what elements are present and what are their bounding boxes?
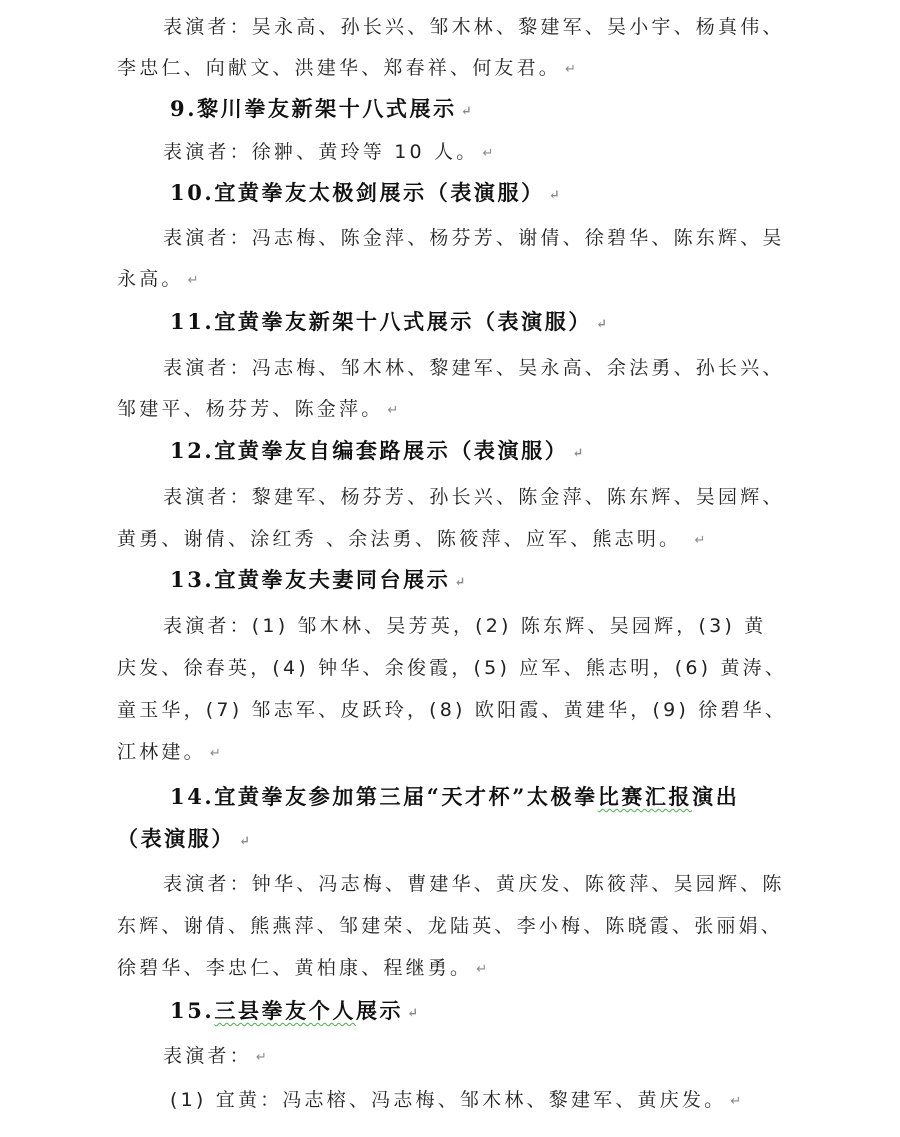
performers-line: 表演者：冯志梅、邹木林、黎建军、吴永高、余法勇、孙长兴、 bbox=[163, 355, 785, 381]
performers-line: 邹建平、杨芬芳、陈金萍。↵ bbox=[117, 396, 398, 424]
performers-text: 表演者：(1) 邹木林、吴芳英，(2) 陈东辉、吴园辉，(3) 黄 bbox=[163, 615, 766, 637]
paragraph-mark-icon: ↵ bbox=[572, 446, 583, 461]
performers-text: 表演者：黎建军、杨芬芳、孙长兴、陈金萍、陈东辉、吴园辉、 bbox=[163, 486, 785, 508]
performers-line: 表演者：钟华、冯志梅、曹建华、黄庆发、陈筱萍、吴园辉、陈 bbox=[163, 871, 785, 897]
paragraph-mark-icon: ↵ bbox=[549, 188, 560, 203]
performers-text: 表演者：钟华、冯志梅、曹建华、黄庆发、陈筱萍、吴园辉、陈 bbox=[163, 873, 785, 895]
performers-line: 表演者：黎建军、杨芬芳、孙长兴、陈金萍、陈东辉、吴园辉、 bbox=[163, 484, 785, 510]
performers-text: 表演者： bbox=[163, 1045, 252, 1067]
heading-text: 展示 bbox=[356, 998, 403, 1023]
section-heading-10: 10.宜黄拳友太极剑展示（表演服）↵ bbox=[170, 180, 560, 209]
paragraph-mark-icon: ↵ bbox=[454, 575, 465, 590]
paragraph-mark-icon: ↵ bbox=[482, 146, 493, 161]
performers-text: 表演者：吴永高、孙长兴、邹木林、黎建军、吴小宇、杨真伟、 bbox=[163, 16, 785, 38]
paragraph-mark-icon: ↵ bbox=[188, 273, 199, 288]
spellcheck-underlined-text: 三县拳友个人 bbox=[214, 998, 356, 1023]
paragraph-mark-icon: ↵ bbox=[256, 1050, 267, 1065]
section-heading-11: 11.宜黄拳友新架十八式展示（表演服）↵ bbox=[170, 309, 607, 338]
performers-text: 永高。 bbox=[117, 268, 184, 290]
performers-text: 庆发、徐春英，(4) 钟华、余俊霞，(5) 应军、熊志明，(6) 黄涛、 bbox=[117, 657, 787, 679]
section-heading-12: 12.宜黄拳友自编套路展示（表演服）↵ bbox=[170, 438, 583, 467]
performers-line: 表演者：↵ bbox=[163, 1043, 267, 1071]
paragraph-mark-icon: ↵ bbox=[407, 1006, 418, 1021]
paragraph-mark-icon: ↵ bbox=[476, 962, 487, 977]
section-heading-14: 14.宜黄拳友参加第三届“天才杯”太极拳比赛汇报演出 bbox=[170, 784, 739, 810]
paragraph-mark-icon: ↵ bbox=[461, 104, 472, 119]
performers-text: 东辉、谢倩、熊燕萍、邹建荣、龙陆英、李小梅、陈晓霞、张丽娟、 bbox=[117, 915, 783, 937]
heading-text: 9.黎川拳友新架十八式展示 bbox=[170, 96, 457, 121]
section-heading-14-cont: （表演服）↵ bbox=[117, 826, 250, 855]
performers-line: 东辉、谢倩、熊燕萍、邹建荣、龙陆英、李小梅、陈晓霞、张丽娟、 bbox=[117, 913, 783, 939]
performers-text: 表演者：冯志梅、邹木林、黎建军、吴永高、余法勇、孙长兴、 bbox=[163, 357, 785, 379]
section-heading-13: 13.宜黄拳友夫妻同台展示↵ bbox=[170, 567, 465, 596]
spellcheck-underlined-text: 比赛汇报 bbox=[598, 784, 692, 809]
performers-line: 表演者：(1) 邹木林、吴芳英，(2) 陈东辉、吴园辉，(3) 黄 bbox=[163, 613, 766, 639]
paragraph-mark-icon: ↵ bbox=[694, 533, 705, 548]
paragraph-mark-icon: ↵ bbox=[239, 834, 250, 849]
performers-line: 徐碧华、李忠仁、黄柏康、程继勇。↵ bbox=[117, 955, 487, 983]
performers-text: 童玉华，(7) 邹志军、皮跃玲，(8) 欧阳霞、黄建华，(9) 徐碧华、 bbox=[117, 699, 787, 721]
heading-text: 10.宜黄拳友太极剑展示（表演服） bbox=[170, 180, 545, 205]
heading-text: 15. bbox=[170, 998, 214, 1023]
performers-line: 江林建。↵ bbox=[117, 739, 221, 767]
performers-text: (1) 宜黄：冯志榕、冯志梅、邹木林、黎建军、黄庆发。 bbox=[170, 1089, 726, 1111]
heading-text: 11.宜黄拳友新架十八式展示（表演服） bbox=[170, 309, 592, 334]
section-heading-9: 9.黎川拳友新架十八式展示↵ bbox=[170, 96, 472, 125]
document-page: 表演者：吴永高、孙长兴、邹木林、黎建军、吴小宇、杨真伟、 李忠仁、向献文、洪建华… bbox=[0, 0, 900, 1137]
performers-line: 庆发、徐春英，(4) 钟华、余俊霞，(5) 应军、熊志明，(6) 黄涛、 bbox=[117, 655, 787, 681]
performers-text: 邹建平、杨芬芳、陈金萍。 bbox=[117, 398, 383, 420]
heading-text: （表演服） bbox=[117, 826, 235, 851]
performers-line: (1) 宜黄：冯志榕、冯志梅、邹木林、黎建军、黄庆发。↵ bbox=[170, 1087, 741, 1115]
performers-line: 黄勇、谢倩、涂红秀 、余法勇、陈筱萍、应军、熊志明。 ↵ bbox=[117, 526, 705, 554]
performers-line: 童玉华，(7) 邹志军、皮跃玲，(8) 欧阳霞、黄建华，(9) 徐碧华、 bbox=[117, 697, 787, 723]
performers-text: 表演者：冯志梅、陈金萍、杨芬芳、谢倩、徐碧华、陈东辉、吴 bbox=[163, 227, 785, 249]
section-heading-15: 15.三县拳友个人展示↵ bbox=[170, 998, 418, 1027]
performers-line: 表演者：徐翀、黄玲等 10 人。↵ bbox=[163, 139, 493, 167]
paragraph-mark-icon: ↵ bbox=[210, 746, 221, 761]
performers-text: 李忠仁、向献文、洪建华、郑春祥、何友君。 bbox=[117, 57, 561, 79]
paragraph-mark-icon: ↵ bbox=[730, 1094, 741, 1109]
performers-text: 黄勇、谢倩、涂红秀 、余法勇、陈筱萍、应军、熊志明。 bbox=[117, 528, 690, 550]
performers-line: 李忠仁、向献文、洪建华、郑春祥、何友君。↵ bbox=[117, 55, 576, 83]
heading-text: 13.宜黄拳友夫妻同台展示 bbox=[170, 567, 450, 592]
heading-text: 演出 bbox=[692, 784, 739, 809]
performers-text: 徐碧华、李忠仁、黄柏康、程继勇。 bbox=[117, 957, 472, 979]
performers-text: 江林建。 bbox=[117, 741, 206, 763]
heading-text: 12.宜黄拳友自编套路展示（表演服） bbox=[170, 438, 568, 463]
paragraph-mark-icon: ↵ bbox=[565, 62, 576, 77]
performers-line: 表演者：冯志梅、陈金萍、杨芬芳、谢倩、徐碧华、陈东辉、吴 bbox=[163, 225, 785, 251]
performers-line: 永高。↵ bbox=[117, 266, 199, 294]
heading-text: 14.宜黄拳友参加第三届“天才杯”太极拳 bbox=[170, 784, 598, 809]
performers-line: 表演者：吴永高、孙长兴、邹木林、黎建军、吴小宇、杨真伟、 bbox=[163, 14, 785, 40]
paragraph-mark-icon: ↵ bbox=[387, 403, 398, 418]
performers-text: 表演者：徐翀、黄玲等 10 人。 bbox=[163, 141, 478, 163]
paragraph-mark-icon: ↵ bbox=[596, 317, 607, 332]
